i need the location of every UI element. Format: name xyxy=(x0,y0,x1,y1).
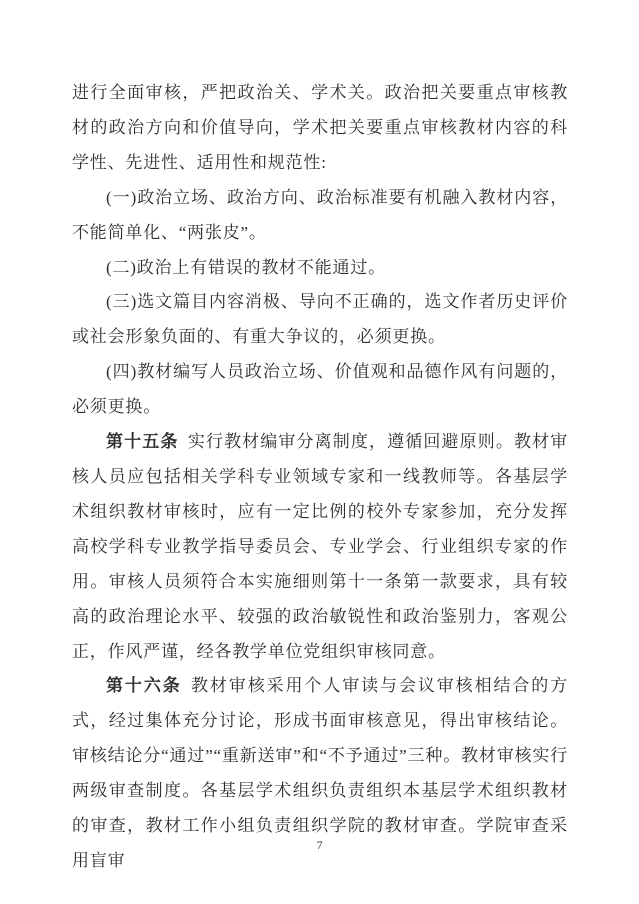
paragraph-text: (三)选文篇目内容消极、导向不正确的，选文作者历史评价或社会形象负面的、有重大争… xyxy=(72,292,568,346)
list-item-2: (二)政治上有错误的教材不能通过。 xyxy=(72,251,568,286)
paragraph-text: 进行全面审核，严把政治关、学术关。政治把关要重点审核教材的政治方向和价值导向，学… xyxy=(72,83,568,172)
page-number: 7 xyxy=(0,838,639,853)
article-number: 第十六条 xyxy=(106,676,182,695)
document-page: 进行全面审核，严把政治关、学术关。政治把关要重点审核教材的政治方向和价值导向，学… xyxy=(0,0,639,904)
paragraph-text: (一)政治立场、政治方向、政治标准要有机融入教材内容，不能简单化、“两张皮”。 xyxy=(72,188,568,242)
list-item-4: (四)教材编写人员政治立场、价值观和品德作风有问题的，必须更换。 xyxy=(72,355,568,425)
paragraph-continuation: 进行全面审核，严把政治关、学术关。政治把关要重点审核教材的政治方向和价值导向，学… xyxy=(72,76,568,181)
list-item-1: (一)政治立场、政治方向、政治标准要有机融入教材内容，不能简单化、“两张皮”。 xyxy=(72,181,568,251)
paragraph-text: (四)教材编写人员政治立场、价值观和品德作风有问题的，必须更换。 xyxy=(72,362,568,416)
paragraph-text: 实行教材编审分离制度，遵循回避原则。教材审核人员应包括相关学科专业领域专家和一线… xyxy=(72,432,568,660)
document-body: 进行全面审核，严把政治关、学术关。政治把关要重点审核教材的政治方向和价值导向，学… xyxy=(72,76,568,879)
article-number: 第十五条 xyxy=(106,432,178,451)
list-item-3: (三)选文篇目内容消极、导向不正确的，选文作者历史评价或社会形象负面的、有重大争… xyxy=(72,285,568,355)
article-15-paragraph: 第十五条实行教材编审分离制度，遵循回避原则。教材审核人员应包括相关学科专业领域专… xyxy=(72,425,568,669)
paragraph-text: (二)政治上有错误的教材不能通过。 xyxy=(106,258,386,277)
